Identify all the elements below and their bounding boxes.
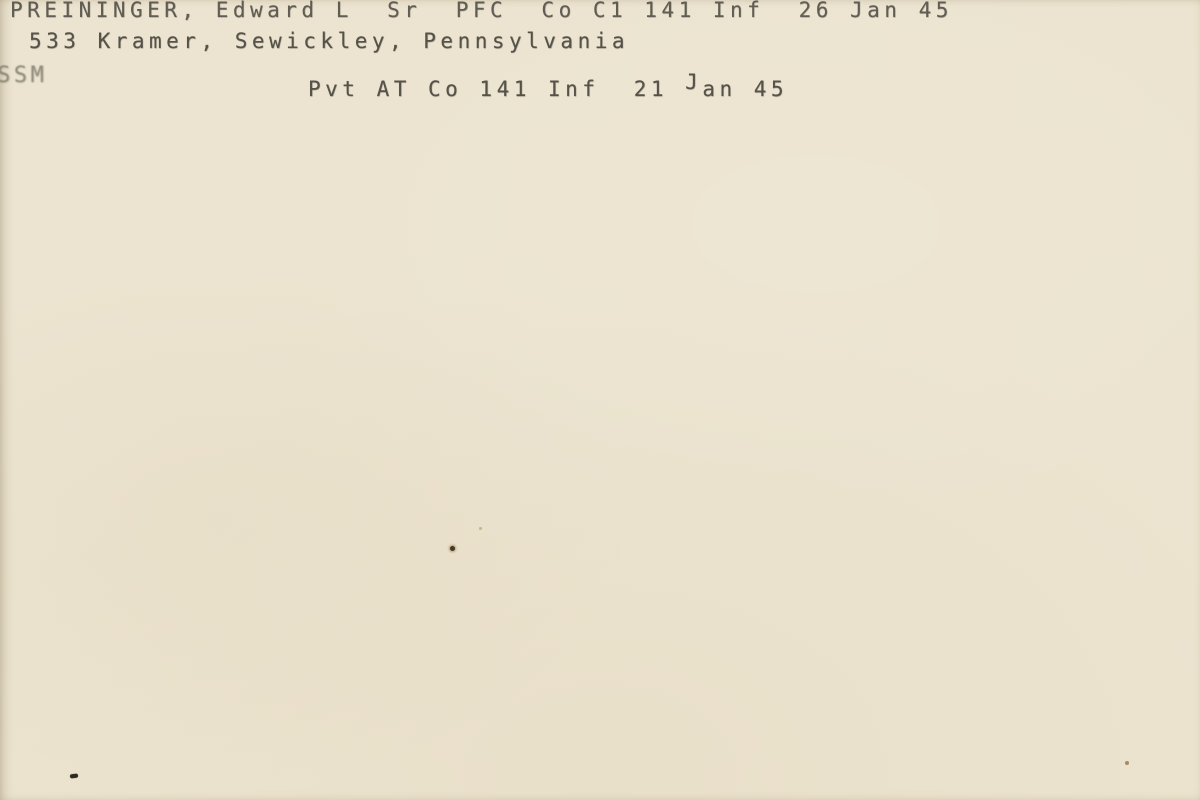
scanned-card: PREININGER, Edward L Sr PFC Co C1 141 In… [0, 0, 1200, 800]
paper-speck [70, 773, 78, 778]
paper-speck [450, 546, 455, 551]
raised-letter-j: J [685, 70, 702, 94]
service-record-line-prior-rank: Pvt AT Co 141 Inf 21 Jan 45 [308, 77, 788, 102]
ssm-stamp: SSM [0, 63, 47, 89]
prior-rank-text: Pvt AT Co 141 Inf 21 [308, 77, 685, 101]
prior-rank-text-end: an 45 [702, 77, 788, 101]
paper-speck [479, 527, 482, 530]
service-record-line-name-rank: PREININGER, Edward L Sr PFC Co C1 141 In… [10, 0, 953, 23]
address-line: 533 Kramer, Sewickley, Pennsylvania [29, 29, 629, 54]
paper-speck [1125, 761, 1129, 765]
